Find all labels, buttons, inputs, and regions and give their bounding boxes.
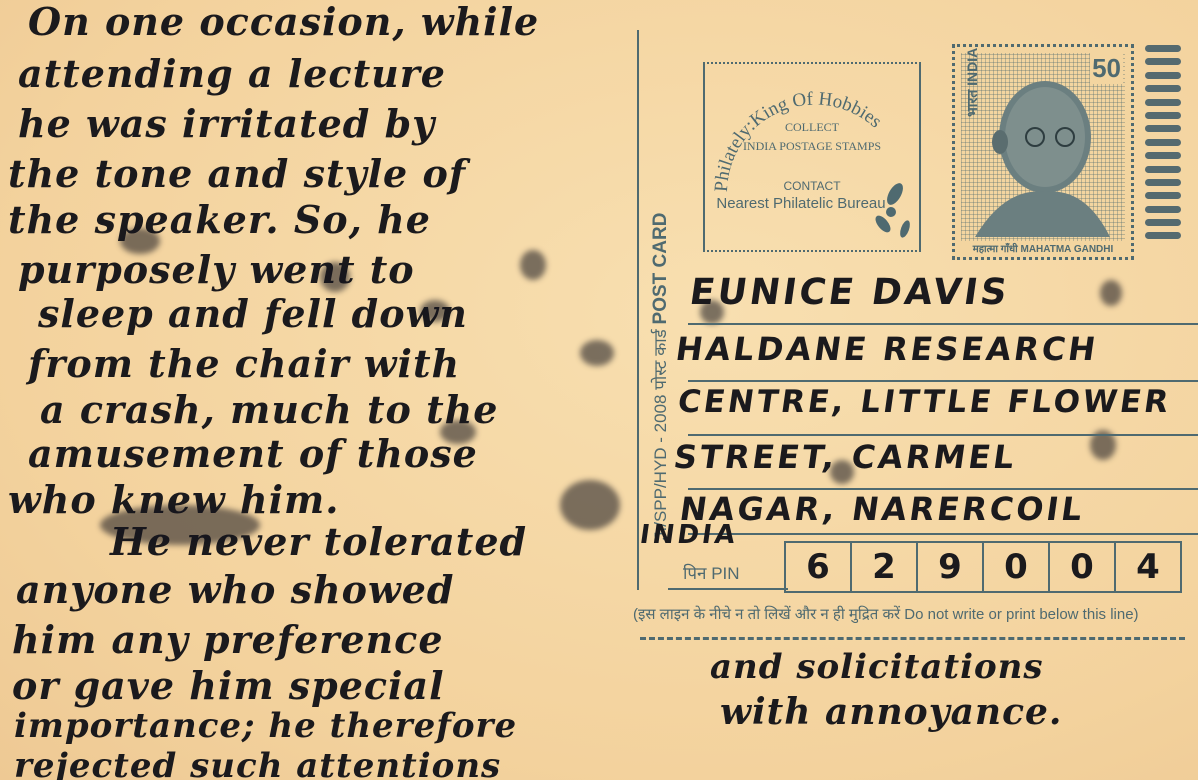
pin-digit: 0	[1050, 543, 1116, 591]
advert-arc-title: Philately:King Of Hobbies	[705, 64, 919, 250]
do-not-write-instruction: (इस लाइन के नीचे न तो लिखें और न ही मुद्…	[633, 604, 1139, 624]
message-continuation-line: with annoyance.	[720, 690, 1062, 734]
philately-advert: Philately:King Of Hobbies COLLECT INDIA …	[703, 62, 921, 252]
pin-underline	[668, 588, 788, 590]
message-line: importance; he therefore	[14, 704, 517, 748]
gandhi-portrait-icon	[965, 67, 1115, 237]
message-line: or gave him special	[12, 664, 445, 708]
stamp-country: भारत INDIA	[963, 48, 982, 117]
pin-code-box: 6 2 9 0 0 4	[784, 541, 1182, 593]
message-line: purposely went to	[18, 248, 415, 292]
dashed-boundary-line	[640, 637, 1185, 640]
divider-line	[637, 30, 639, 590]
postcard-label: POST CARD	[650, 213, 671, 325]
address-rule	[688, 380, 1198, 382]
message-line: anyone who showed	[16, 568, 454, 612]
address-rule	[688, 533, 1198, 535]
address-rule	[688, 323, 1198, 325]
address-rule	[688, 434, 1198, 436]
message-line: rejected such attentions	[14, 744, 501, 780]
message-line: from the chair with	[28, 342, 460, 386]
advert-contact: CONTACT	[705, 179, 919, 193]
message-line: him any preference	[12, 618, 444, 662]
phosphor-bars	[1145, 45, 1181, 246]
advert-collect: COLLECT	[705, 120, 919, 135]
address-recipient: EUNICE DAVIS	[687, 272, 1012, 313]
print-code: J./SPP/HYD - 2008	[651, 394, 670, 540]
message-continuation-line: and solicitations	[710, 645, 1044, 689]
pin-digit: 6	[786, 543, 852, 591]
advert-bureau: Nearest Philatelic Bureau	[713, 195, 889, 212]
pin-label: पिन PIN	[683, 561, 740, 584]
pin-digit: 0	[984, 543, 1050, 591]
address-country: INDIA	[638, 520, 740, 550]
postcard-label-hindi: पोस्ट कार्ड	[651, 329, 670, 390]
stamp-caption: महात्मा गाँधी MAHATMA GANDHI	[959, 241, 1127, 255]
postage-stamp: 50 भारत INDIA महात्मा गाँधी MAHATMA GAND…	[952, 44, 1134, 260]
postcard-vertical-label: J./SPP/HYD - 2008 पोस्ट कार्ड POST CARD	[648, 213, 672, 540]
message-line: the tone and style of	[8, 152, 466, 196]
advert-stamps: INDIA POSTAGE STAMPS	[705, 139, 919, 154]
pin-digit: 9	[918, 543, 984, 591]
pin-digit: 2	[852, 543, 918, 591]
message-line: sleep and fell down	[38, 292, 468, 336]
message-line: a crash, much to the	[40, 388, 498, 432]
address-line: STREET, CARMEL	[671, 438, 1019, 476]
message-line: On one occasion, while	[28, 0, 539, 44]
message-line: attending a lecture	[18, 52, 446, 96]
message-line: he was irritated by	[18, 102, 435, 146]
address-line: CENTRE, LITTLE FLOWER	[675, 384, 1173, 420]
pin-digit: 4	[1116, 543, 1180, 591]
address-line: HALDANE RESEARCH	[673, 330, 1100, 368]
message-line: amusement of those	[28, 432, 478, 476]
stamp-value: 50	[1090, 53, 1123, 84]
message-line: the speaker. So, he	[8, 198, 431, 242]
postcard: On one occasion, while attending a lectu…	[0, 0, 1198, 780]
